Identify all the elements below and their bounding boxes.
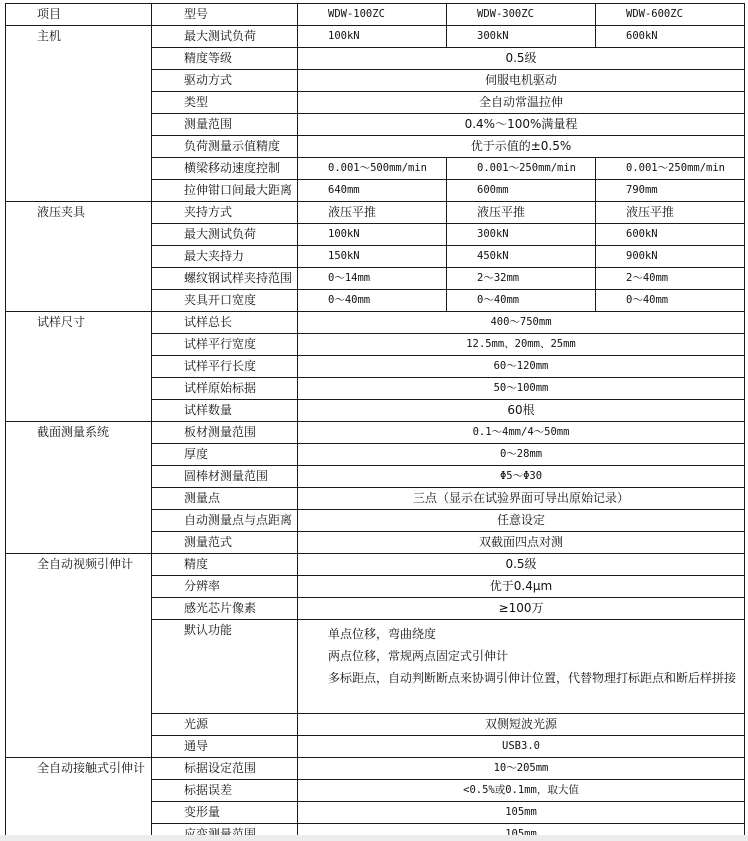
param-label: 标据设定范围 [152, 758, 298, 780]
value-cell: 600kN [596, 26, 745, 48]
spec-table: 项目 型号 WDW-100ZC WDW-300ZC WDW-600ZC 主机 最… [5, 3, 745, 841]
value-cell: 600mm [447, 180, 596, 202]
value-cell: 0～40mm [447, 290, 596, 312]
value-cell: 0.001～250mm/min [596, 158, 745, 180]
value-cell: 0～28mm [298, 444, 745, 466]
value-cell: 液压平推 [298, 202, 447, 224]
value-cell: 0～40mm [596, 290, 745, 312]
value-cell: 三点（显示在试验界面可导出原始记录） [298, 488, 745, 510]
value-cell: 100kN [298, 26, 447, 48]
value-cell: 2～32mm [447, 268, 596, 290]
table-row: 截面测量系统 板材测量范围 0.1～4mm/4～50mm [6, 422, 745, 444]
value-cell: 400～750mm [298, 312, 745, 334]
value-cell: 10～205mm [298, 758, 745, 780]
param-label: 测量范围 [152, 114, 298, 136]
value-cell: 2～40mm [596, 268, 745, 290]
param-label: 默认功能 [152, 620, 298, 714]
header-model: 型号 [152, 4, 298, 26]
value-cell: 60～120mm [298, 356, 745, 378]
value-cell: 150kN [298, 246, 447, 268]
model-1: WDW-100ZC [298, 4, 447, 26]
header-row: 项目 型号 WDW-100ZC WDW-300ZC WDW-600ZC [6, 4, 745, 26]
category-main-machine: 主机 [6, 26, 152, 202]
value-cell: 300kN [447, 224, 596, 246]
value-cell: 双截面四点对测 [298, 532, 745, 554]
model-3: WDW-600ZC [596, 4, 745, 26]
value-cell: 0～40mm [298, 290, 447, 312]
param-label: 夹持方式 [152, 202, 298, 224]
category-hydraulic-grips: 液压夹具 [6, 202, 152, 312]
param-label: 精度 [152, 554, 298, 576]
param-label: 试样数量 [152, 400, 298, 422]
category-specimen-size: 试样尺寸 [6, 312, 152, 422]
value-cell: 液压平推 [596, 202, 745, 224]
param-label: 分辨率 [152, 576, 298, 598]
value-cell: 12.5mm、20mm、25mm [298, 334, 745, 356]
param-label: 夹具开口宽度 [152, 290, 298, 312]
param-label: 试样平行长度 [152, 356, 298, 378]
value-cell: 0～14mm [298, 268, 447, 290]
model-2: WDW-300ZC [447, 4, 596, 26]
param-label: 试样原始标据 [152, 378, 298, 400]
param-label: 圆棒材测量范围 [152, 466, 298, 488]
header-item: 项目 [6, 4, 152, 26]
value-cell: 优于0.4μm [298, 576, 745, 598]
value-cell: 790mm [596, 180, 745, 202]
value-cell: 640mm [298, 180, 447, 202]
param-label: 光源 [152, 714, 298, 736]
value-cell: Φ5～Φ30 [298, 466, 745, 488]
value-cell: USB3.0 [298, 736, 745, 758]
table-row: 全自动接触式引伸计 标据设定范围 10～205mm [6, 758, 745, 780]
param-label: 类型 [152, 92, 298, 114]
value-cell: 450kN [447, 246, 596, 268]
value-cell: 0.4%～100%满量程 [298, 114, 745, 136]
param-label: 标据误差 [152, 780, 298, 802]
category-contact-extensometer: 全自动接触式引伸计 [6, 758, 152, 841]
param-label: 拉伸钳口间最大距离 [152, 180, 298, 202]
param-label: 感光芯片像素 [152, 598, 298, 620]
table-row: 试样尺寸 试样总长 400～750mm [6, 312, 745, 334]
function-line: 单点位移，弯曲绕度 [328, 623, 744, 645]
param-label: 通导 [152, 736, 298, 758]
bottom-strip [0, 835, 748, 841]
value-cell: 900kN [596, 246, 745, 268]
param-label: 横梁移动速度控制 [152, 158, 298, 180]
value-cell: 105mm [298, 802, 745, 824]
value-cell: 0.5级 [298, 554, 745, 576]
param-label: 负荷测量示值精度 [152, 136, 298, 158]
value-cell: 液压平推 [447, 202, 596, 224]
param-label: 螺纹钢试样夹持范围 [152, 268, 298, 290]
table-row: 全自动视频引伸计 精度 0.5级 [6, 554, 745, 576]
param-label: 变形量 [152, 802, 298, 824]
value-cell: 100kN [298, 224, 447, 246]
param-label: 最大夹持力 [152, 246, 298, 268]
value-cell: 优于示值的±0.5% [298, 136, 745, 158]
param-label: 最大测试负荷 [152, 224, 298, 246]
table-row: 主机 最大测试负荷 100kN 300kN 600kN [6, 26, 745, 48]
category-video-extensometer: 全自动视频引伸计 [6, 554, 152, 758]
value-cell: 300kN [447, 26, 596, 48]
value-cell: 0.001～250mm/min [447, 158, 596, 180]
value-cell: 600kN [596, 224, 745, 246]
value-cell: 0.001～500mm/min [298, 158, 447, 180]
param-label: 试样总长 [152, 312, 298, 334]
function-line: 两点位移，常规两点固定式引伸计 [328, 645, 744, 667]
value-cell: 伺服电机驱动 [298, 70, 745, 92]
param-label: 板材测量范围 [152, 422, 298, 444]
param-label: 厚度 [152, 444, 298, 466]
default-functions-cell: 单点位移，弯曲绕度 两点位移，常规两点固定式引伸计 多标距点，自动判断断点来协调… [298, 620, 745, 714]
value-cell: 60根 [298, 400, 745, 422]
value-cell: 50～100mm [298, 378, 745, 400]
param-label: 最大测试负荷 [152, 26, 298, 48]
param-label: 测量范式 [152, 532, 298, 554]
value-cell: 0.5级 [298, 48, 745, 70]
value-cell: 0.1～4mm/4～50mm [298, 422, 745, 444]
value-cell: 全自动常温拉伸 [298, 92, 745, 114]
table-row: 液压夹具 夹持方式 液压平推 液压平推 液压平推 [6, 202, 745, 224]
param-label: 驱动方式 [152, 70, 298, 92]
param-label: 测量点 [152, 488, 298, 510]
param-label: 精度等级 [152, 48, 298, 70]
value-cell: <0.5%或0.1mm，取大值 [298, 780, 745, 802]
value-cell: ≥100万 [298, 598, 745, 620]
category-section-measurement: 截面测量系统 [6, 422, 152, 554]
function-line: 多标距点，自动判断断点来协调引伸计位置，代替物理打标距点和断后样拼接 [328, 667, 744, 689]
value-cell: 任意设定 [298, 510, 745, 532]
param-label: 自动测量点与点距离 [152, 510, 298, 532]
param-label: 试样平行宽度 [152, 334, 298, 356]
value-cell: 双侧短波光源 [298, 714, 745, 736]
